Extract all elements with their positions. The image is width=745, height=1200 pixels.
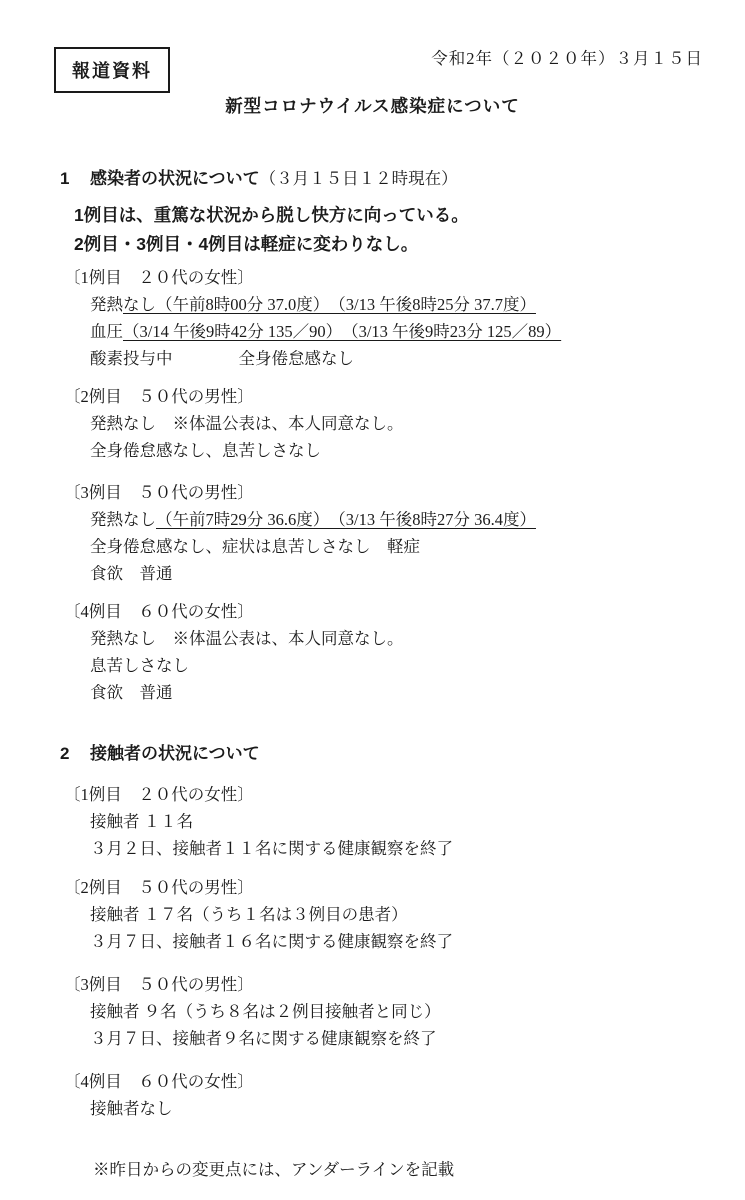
case-detail-line: 全身倦怠感なし、息苦しさなし — [90, 437, 404, 464]
case-detail-text: 息苦しさなし — [90, 656, 189, 675]
case-detail-line: 食欲 普通 — [90, 679, 404, 706]
case-detail-line: 接触者 １１名 — [90, 808, 453, 835]
case-header: 〔2例目 ５０代の男性〕 — [64, 874, 453, 901]
case-detail-line: ３月７日、接触者９名に関する健康観察を終了 — [90, 1025, 441, 1052]
case-header: 〔4例目 ６０代の女性〕 — [64, 598, 404, 625]
case-detail-line: ３月７日、接触者１６名に関する健康観察を終了 — [90, 928, 453, 955]
summary-line: 1例目は、重篤な状況から脱し快方に向っている。 — [74, 201, 469, 230]
case-detail-text: 発熱なし — [90, 510, 156, 529]
case-detail-text: 全身倦怠感なし、息苦しさなし — [90, 441, 321, 460]
case-detail-text: 酸素投与中 全身倦怠感なし — [90, 349, 354, 368]
case-detail-line: 全身倦怠感なし、症状は息苦しさなし 軽症 — [90, 533, 536, 560]
document-title: 新型コロナウイルス感染症について — [0, 93, 745, 118]
case-header: 〔3例目 ５０代の男性〕 — [64, 479, 536, 506]
case-detail-text: 食欲 普通 — [90, 683, 173, 702]
case-detail-line: 接触者なし — [90, 1095, 254, 1122]
footnote: ※昨日からの変更点には、アンダーラインを記載 — [93, 1156, 454, 1180]
case3-contacts-block: 〔3例目 ５０代の男性〕 接触者 ９名（うち８名は２例目接触者と同じ） ３月７日… — [64, 971, 441, 1052]
case-header: 〔2例目 ５０代の男性〕 — [64, 383, 404, 410]
case-detail-line: 接触者 １７名（うち１名は３例目の患者） — [90, 901, 453, 928]
case-detail-text: 血圧 — [90, 322, 123, 341]
case-detail-underlined: （3/14 午後9時42分 135／90） （3/13 午後9時23分 125／… — [123, 322, 561, 341]
case-detail-line: 発熱なし ※体温公表は、本人同意なし。 — [90, 625, 404, 652]
document-date: 令和2年（２０２０年）３月１５日 — [431, 45, 703, 69]
case-detail-text: ３月７日、接触者１６名に関する健康観察を終了 — [90, 932, 453, 951]
case-header: 〔1例目 ２０代の女性〕 — [64, 264, 561, 291]
case1-contacts-block: 〔1例目 ２０代の女性〕 接触者 １１名 ３月２日、接触者１１名に関する健康観察… — [64, 781, 453, 862]
case-detail-text: ３月７日、接触者９名に関する健康観察を終了 — [90, 1029, 437, 1048]
case-detail-text: 発熱なし ※体温公表は、本人同意なし。 — [90, 414, 404, 433]
case1-status-block: 〔1例目 ２０代の女性〕 発熱なし（午前8時00分 37.0度） （3/13 午… — [64, 264, 561, 372]
case-detail-text: 全身倦怠感なし、症状は息苦しさなし 軽症 — [90, 537, 420, 556]
case-detail-text: 食欲 普通 — [90, 564, 173, 583]
case-detail-text: 発熱なし ※体温公表は、本人同意なし。 — [90, 629, 404, 648]
section1-number: 1 — [60, 169, 90, 189]
case-detail-line: 接触者 ９名（うち８名は２例目接触者と同じ） — [90, 998, 441, 1025]
case-detail-text: 接触者 １１名 — [90, 812, 193, 831]
case-header: 〔3例目 ５０代の男性〕 — [64, 971, 441, 998]
case-detail-text: ３月２日、接触者１１名に関する健康観察を終了 — [90, 839, 453, 858]
section2-number: 2 — [60, 744, 90, 764]
case-detail-line: 食欲 普通 — [90, 560, 536, 587]
case-detail-text: 発熱 — [90, 295, 123, 314]
case2-contacts-block: 〔2例目 ５０代の男性〕 接触者 １７名（うち１名は３例目の患者） ３月７日、接… — [64, 874, 453, 955]
case3-status-block: 〔3例目 ５０代の男性〕 発熱なし（午前7時29分 36.6度） （3/13 午… — [64, 479, 536, 587]
case-detail-text: 接触者 １７名（うち１名は３例目の患者） — [90, 905, 408, 924]
case-detail-text: 接触者なし — [90, 1099, 173, 1118]
summary-line: 2例目・3例目・4例目は軽症に変わりなし。 — [74, 230, 469, 259]
case-header: 〔4例目 ６０代の女性〕 — [64, 1068, 254, 1095]
case-detail-text: 接触者 ９名（うち８名は２例目接触者と同じ） — [90, 1002, 441, 1021]
case-detail-line: 血圧（3/14 午後9時42分 135／90） （3/13 午後9時23分 12… — [90, 318, 561, 345]
case4-contacts-block: 〔4例目 ６０代の女性〕 接触者なし — [64, 1068, 254, 1122]
case-header: 〔1例目 ２０代の女性〕 — [64, 781, 453, 808]
case-detail-line: 発熱なし ※体温公表は、本人同意なし。 — [90, 410, 404, 437]
section1-heading-text: 感染者の状況について — [90, 169, 260, 188]
section1-summary: 1例目は、重篤な状況から脱し快方に向っている。 2例目・3例目・4例目は軽症に変… — [74, 201, 469, 259]
case-detail-line: 発熱なし（午前8時00分 37.0度） （3/13 午後8時25分 37.7度） — [90, 291, 561, 318]
case-detail-underlined: なし（午前8時00分 37.0度） （3/13 午後8時25分 37.7度） — [123, 295, 536, 314]
document-page: 報道資料 令和2年（２０２０年）３月１５日 新型コロナウイルス感染症について 1… — [0, 0, 745, 1200]
section1-heading: 1感染者の状況について（３月１５日１２時現在） — [60, 164, 458, 189]
case-detail-line: 息苦しさなし — [90, 652, 404, 679]
section2-heading-text: 接触者の状況について — [90, 744, 260, 763]
case2-status-block: 〔2例目 ５０代の男性〕 発熱なし ※体温公表は、本人同意なし。 全身倦怠感なし… — [64, 383, 404, 464]
section2-heading: 2接触者の状況について — [60, 739, 260, 764]
case-detail-underlined: （午前7時29分 36.6度） （3/13 午後8時27分 36.4度） — [156, 510, 536, 529]
case4-status-block: 〔4例目 ６０代の女性〕 発熱なし ※体温公表は、本人同意なし。 息苦しさなし … — [64, 598, 404, 706]
press-release-stamp: 報道資料 — [54, 47, 170, 93]
section1-heading-note: （３月１５日１２時現在） — [260, 169, 458, 188]
case-detail-line: 発熱なし（午前7時29分 36.6度） （3/13 午後8時27分 36.4度） — [90, 506, 536, 533]
case-detail-line: 酸素投与中 全身倦怠感なし — [90, 345, 561, 372]
case-detail-line: ３月２日、接触者１１名に関する健康観察を終了 — [90, 835, 453, 862]
